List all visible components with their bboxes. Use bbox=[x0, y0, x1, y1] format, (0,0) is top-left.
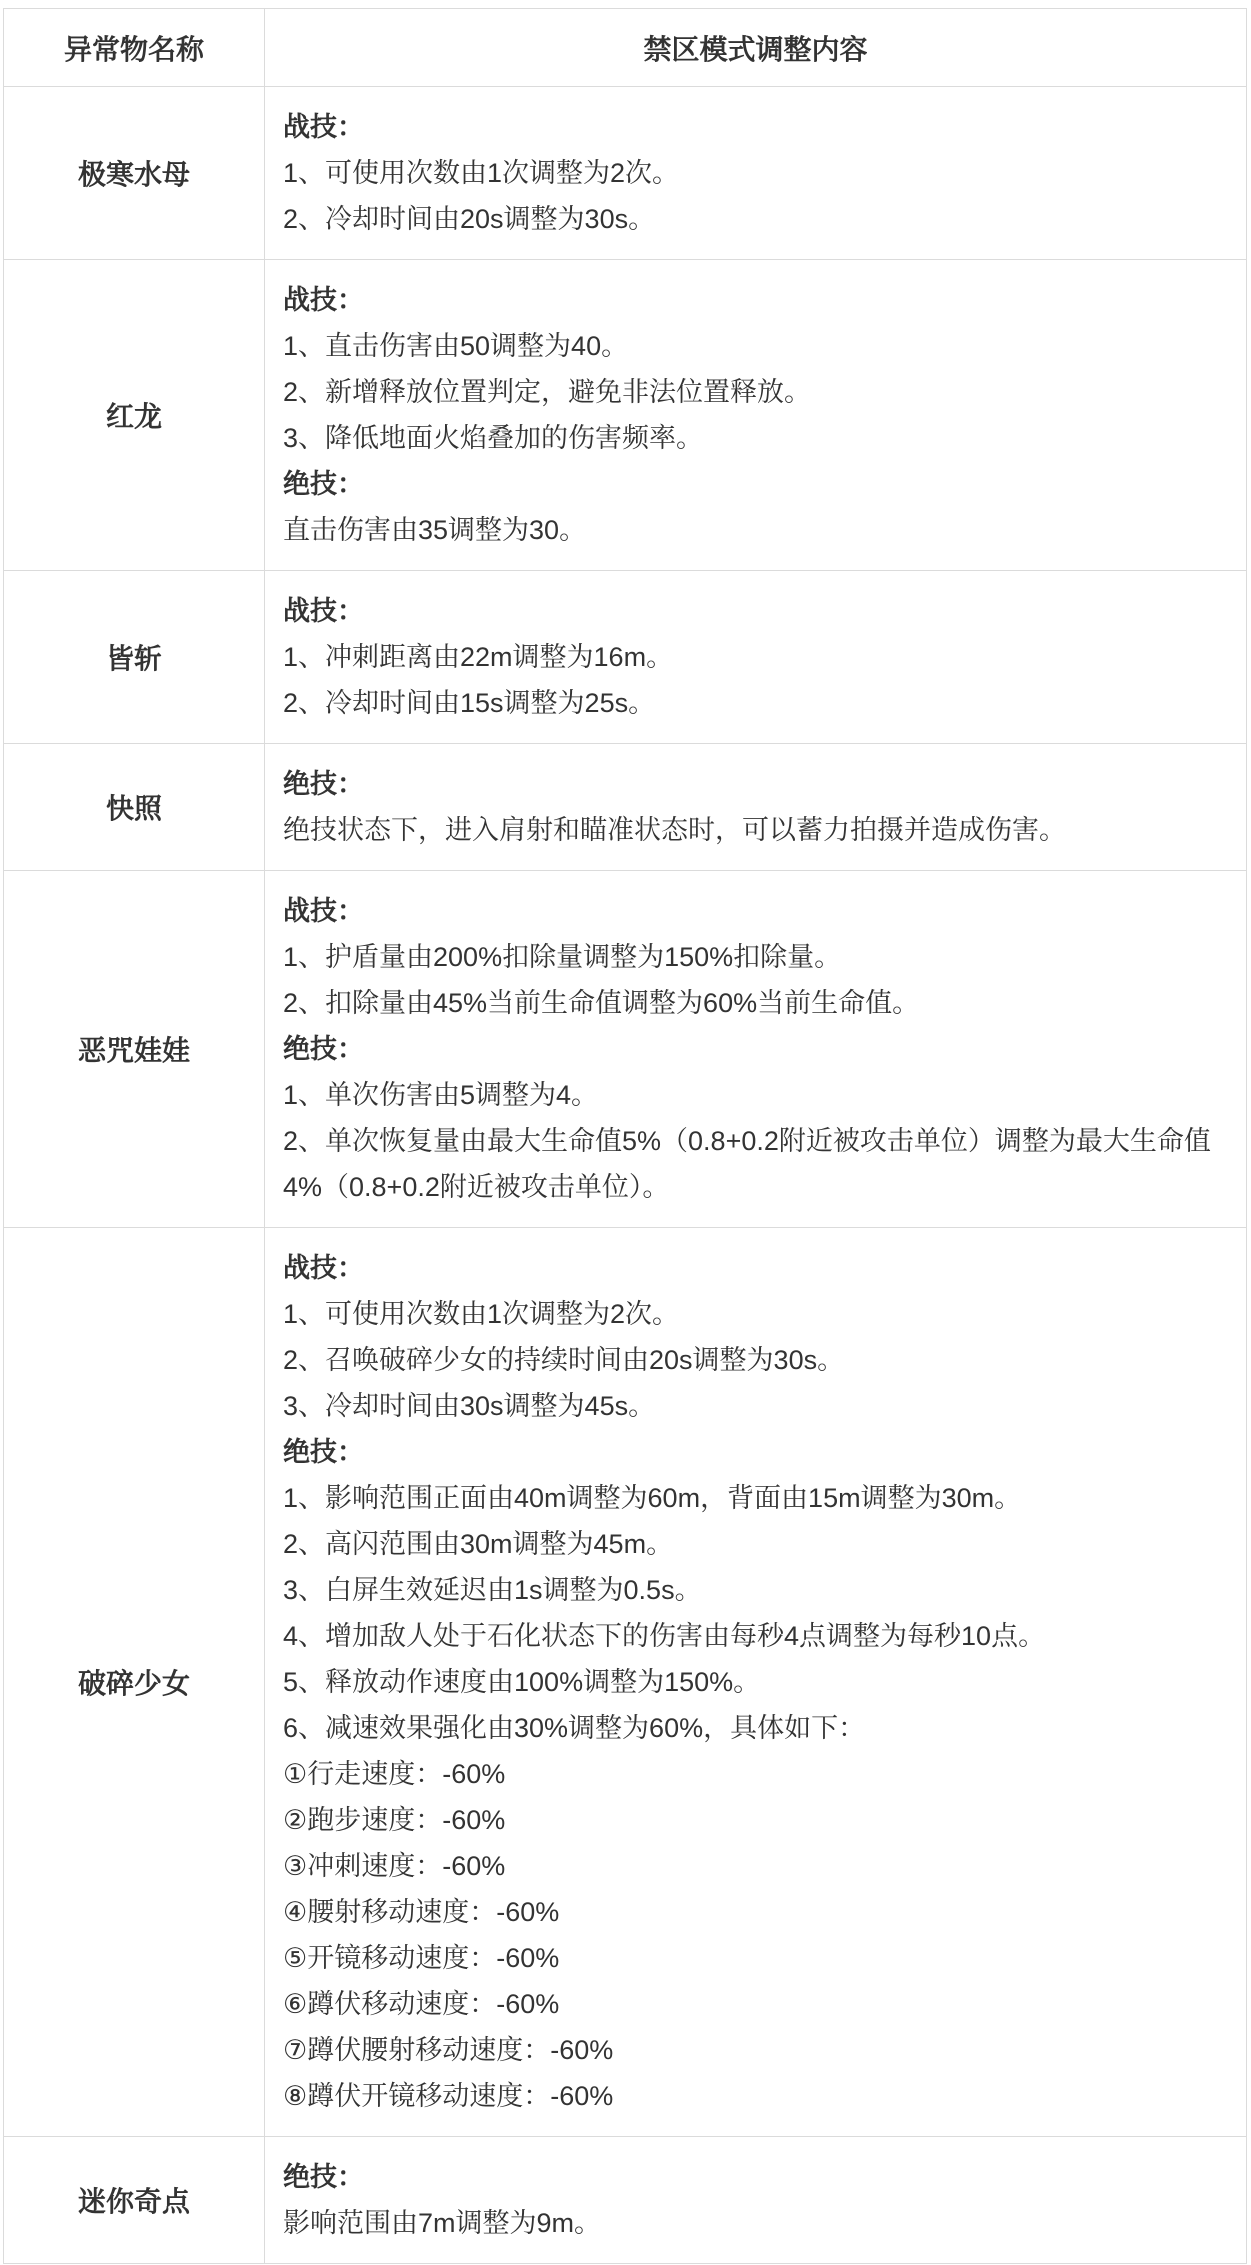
table-row: 快照绝技：绝技状态下，进入肩射和瞄准状态时，可以蓄力拍摄并造成伤害。 bbox=[4, 744, 1247, 871]
skill-heading: 战技： bbox=[283, 104, 1220, 150]
table-row: 红龙战技：1、直击伤害由50调整为40。2、新增释放位置判定，避免非法位置释放。… bbox=[4, 260, 1247, 571]
adjustment-content-cell: 绝技：绝技状态下，进入肩射和瞄准状态时，可以蓄力拍摄并造成伤害。 bbox=[265, 744, 1247, 871]
adjustment-line: ⑥蹲伏移动速度：-60% bbox=[283, 1981, 1220, 2027]
adjustment-content-cell: 战技：1、冲刺距离由22m调整为16m。2、冷却时间由15s调整为25s。 bbox=[265, 571, 1247, 744]
anomaly-name: 红龙 bbox=[4, 260, 265, 571]
adjustment-content-cell: 绝技：影响范围由7m调整为9m。 bbox=[265, 2137, 1247, 2264]
anomaly-name: 恶咒娃娃 bbox=[4, 871, 265, 1228]
skill-heading: 战技： bbox=[283, 588, 1220, 634]
adjustment-line: 2、召唤破碎少女的持续时间由20s调整为30s。 bbox=[283, 1337, 1220, 1383]
header-row: 异常物名称 禁区模式调整内容 bbox=[4, 9, 1247, 87]
adjustment-line: 3、白屏生效延迟由1s调整为0.5s。 bbox=[283, 1567, 1220, 1613]
col-header-adjustment-content: 禁区模式调整内容 bbox=[265, 9, 1247, 87]
adjustment-content-cell: 战技：1、护盾量由200%扣除量调整为150%扣除量。2、扣除量由45%当前生命… bbox=[265, 871, 1247, 1228]
adjustment-line: 6、减速效果强化由30%调整为60%，具体如下： bbox=[283, 1705, 1220, 1751]
anomaly-name: 极寒水母 bbox=[4, 87, 265, 260]
adjustment-content-cell: 战技：1、直击伤害由50调整为40。2、新增释放位置判定，避免非法位置释放。3、… bbox=[265, 260, 1247, 571]
adjustment-line: 5、释放动作速度由100%调整为150%。 bbox=[283, 1659, 1220, 1705]
anomaly-name: 皆斩 bbox=[4, 571, 265, 744]
adjustment-line: 1、护盾量由200%扣除量调整为150%扣除量。 bbox=[283, 934, 1220, 980]
adjustment-line: 绝技状态下，进入肩射和瞄准状态时，可以蓄力拍摄并造成伤害。 bbox=[283, 807, 1220, 853]
anomaly-name: 迷你奇点 bbox=[4, 2137, 265, 2264]
adjustment-line: 1、冲刺距离由22m调整为16m。 bbox=[283, 634, 1220, 680]
skill-heading: 绝技： bbox=[283, 761, 1220, 807]
adjustment-line: 2、新增释放位置判定，避免非法位置释放。 bbox=[283, 369, 1220, 415]
adjustment-line: ⑧蹲伏开镜移动速度：-60% bbox=[283, 2073, 1220, 2119]
adjustment-line: ⑤开镜移动速度：-60% bbox=[283, 1935, 1220, 1981]
adjustment-line: 1、单次伤害由5调整为4。 bbox=[283, 1072, 1220, 1118]
adjustment-line: 1、可使用次数由1次调整为2次。 bbox=[283, 150, 1220, 196]
adjustment-line: 影响范围由7m调整为9m。 bbox=[283, 2200, 1220, 2246]
skill-heading: 绝技： bbox=[283, 2154, 1220, 2200]
table-row: 迷你奇点绝技：影响范围由7m调整为9m。 bbox=[4, 2137, 1247, 2264]
adjustment-line: 2、单次恢复量由最大生命值5%（0.8+0.2附近被攻击单位）调整为最大生命值4… bbox=[283, 1118, 1220, 1210]
skill-heading: 绝技： bbox=[283, 1429, 1220, 1475]
table-header: 异常物名称 禁区模式调整内容 bbox=[4, 9, 1247, 87]
skill-heading: 绝技： bbox=[283, 461, 1220, 507]
adjustment-line: 1、可使用次数由1次调整为2次。 bbox=[283, 1291, 1220, 1337]
adjustments-table: 异常物名称 禁区模式调整内容 极寒水母战技：1、可使用次数由1次调整为2次。2、… bbox=[3, 8, 1247, 2264]
adjustment-line: 4、增加敌人处于石化状态下的伤害由每秒4点调整为每秒10点。 bbox=[283, 1613, 1220, 1659]
adjustment-line: ④腰射移动速度：-60% bbox=[283, 1889, 1220, 1935]
skill-heading: 战技： bbox=[283, 888, 1220, 934]
anomaly-name: 快照 bbox=[4, 744, 265, 871]
adjustment-line: 3、降低地面火焰叠加的伤害频率。 bbox=[283, 415, 1220, 461]
adjustment-line: ③冲刺速度：-60% bbox=[283, 1843, 1220, 1889]
adjustment-line: 3、冷却时间由30s调整为45s。 bbox=[283, 1383, 1220, 1429]
table-row: 恶咒娃娃战技：1、护盾量由200%扣除量调整为150%扣除量。2、扣除量由45%… bbox=[4, 871, 1247, 1228]
adjustment-line: ①行走速度：-60% bbox=[283, 1751, 1220, 1797]
skill-heading: 绝技： bbox=[283, 1026, 1220, 1072]
table-row: 破碎少女战技：1、可使用次数由1次调整为2次。2、召唤破碎少女的持续时间由20s… bbox=[4, 1228, 1247, 2137]
adjustment-line: 1、影响范围正面由40m调整为60m，背面由15m调整为30m。 bbox=[283, 1475, 1220, 1521]
adjustment-line: 2、冷却时间由15s调整为25s。 bbox=[283, 680, 1220, 726]
anomaly-name: 破碎少女 bbox=[4, 1228, 265, 2137]
adjustment-line: 1、直击伤害由50调整为40。 bbox=[283, 323, 1220, 369]
adjustment-content-cell: 战技：1、可使用次数由1次调整为2次。2、召唤破碎少女的持续时间由20s调整为3… bbox=[265, 1228, 1247, 2137]
adjustment-line: ⑦蹲伏腰射移动速度：-60% bbox=[283, 2027, 1220, 2073]
table-row: 极寒水母战技：1、可使用次数由1次调整为2次。2、冷却时间由20s调整为30s。 bbox=[4, 87, 1247, 260]
adjustment-line: 2、扣除量由45%当前生命值调整为60%当前生命值。 bbox=[283, 980, 1220, 1026]
adjustment-line: 2、冷却时间由20s调整为30s。 bbox=[283, 196, 1220, 242]
adjustment-line: ②跑步速度：-60% bbox=[283, 1797, 1220, 1843]
adjustment-line: 直击伤害由35调整为30。 bbox=[283, 507, 1220, 553]
skill-heading: 战技： bbox=[283, 1245, 1220, 1291]
col-header-anomaly-name: 异常物名称 bbox=[4, 9, 265, 87]
table-body: 极寒水母战技：1、可使用次数由1次调整为2次。2、冷却时间由20s调整为30s。… bbox=[4, 87, 1247, 2264]
adjustment-line: 2、高闪范围由30m调整为45m。 bbox=[283, 1521, 1220, 1567]
adjustment-content-cell: 战技：1、可使用次数由1次调整为2次。2、冷却时间由20s调整为30s。 bbox=[265, 87, 1247, 260]
table-row: 皆斩战技：1、冲刺距离由22m调整为16m。2、冷却时间由15s调整为25s。 bbox=[4, 571, 1247, 744]
skill-heading: 战技： bbox=[283, 277, 1220, 323]
page-content: 异常物名称 禁区模式调整内容 极寒水母战技：1、可使用次数由1次调整为2次。2、… bbox=[0, 0, 1251, 2264]
